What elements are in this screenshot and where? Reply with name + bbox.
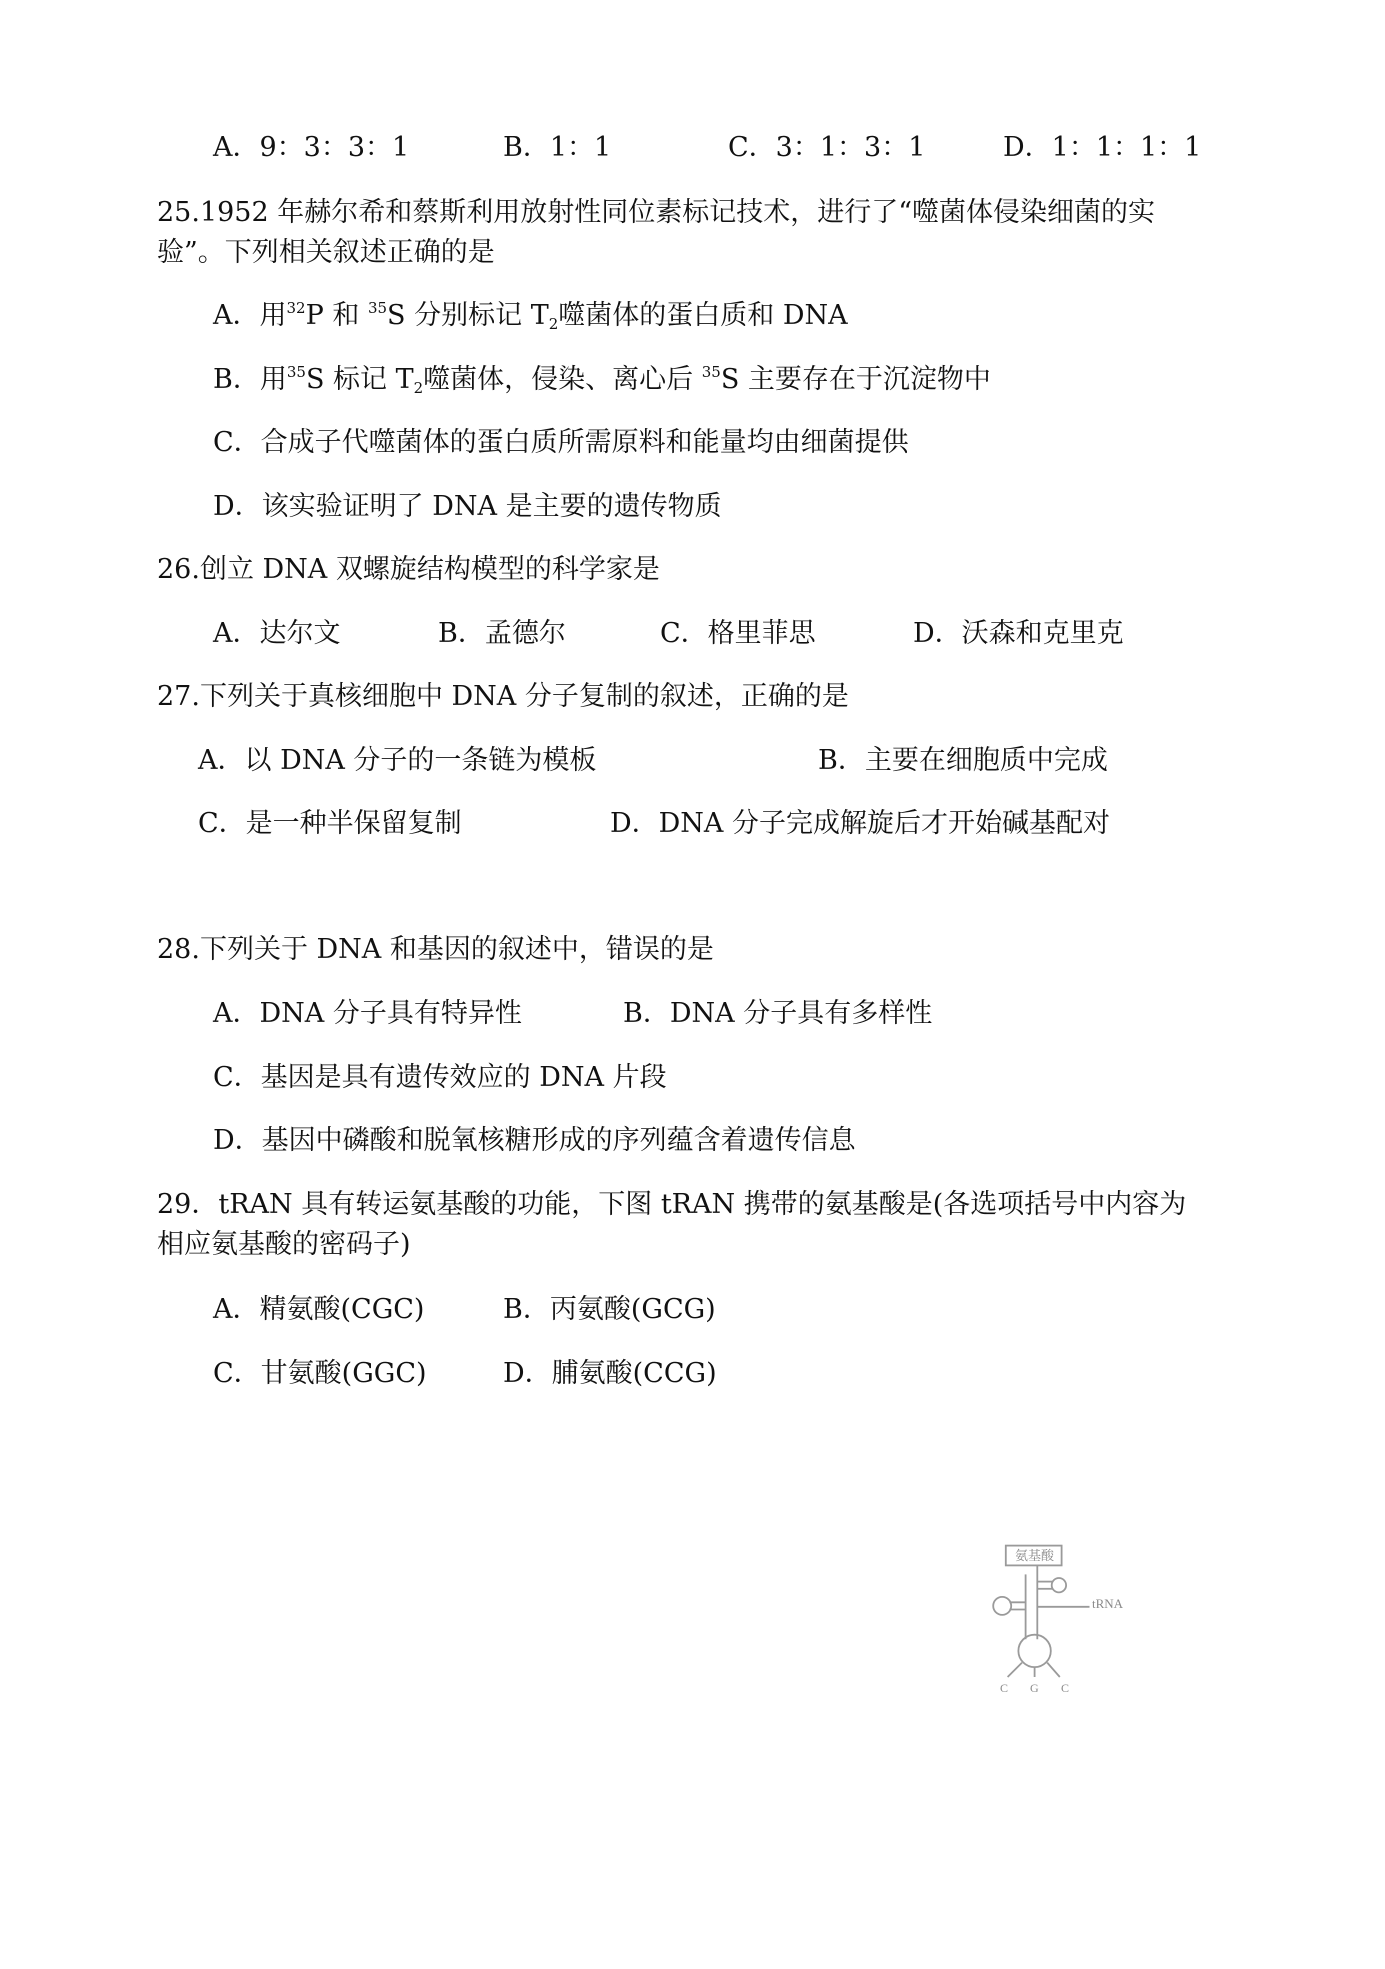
q28-stem: 28.下列关于 DNA 和基因的叙述中，错误的是 xyxy=(157,932,714,968)
q29-option-c: C．甘氨酸(GGC) xyxy=(213,1356,427,1392)
q26-option-a: A．达尔文 xyxy=(213,616,341,652)
q28-option-a: A．DNA 分子具有特异性 xyxy=(213,996,522,1032)
q25-option-b: B．用35S 标记 T2噬菌体，侵染、离心后 35S 主要存在于沉淀物中 xyxy=(213,362,991,398)
q28-option-d: D．基因中磷酸和脱氧核糖形成的序列蕴含着遗传信息 xyxy=(213,1123,856,1159)
trna-label: tRNA xyxy=(1092,1596,1123,1612)
q26-stem: 26.创立 DNA 双螺旋结构模型的科学家是 xyxy=(157,552,660,588)
q27-option-a: A．以 DNA 分子的一条链为模板 xyxy=(198,743,596,779)
q24-option-c: C．3：1：3：1 xyxy=(728,130,925,166)
q26-option-b: B．孟德尔 xyxy=(438,616,566,652)
q27-option-d: D．DNA 分子完成解旋后才开始碱基配对 xyxy=(610,806,1110,842)
anticodon-base-2: G xyxy=(1030,1681,1039,1696)
trna-diagram: 氨基酸 tRNA C G C xyxy=(968,1533,1148,1713)
q25-stem-line1: 25.1952 年赫尔希和蔡斯利用放射性同位素标记技术，进行了“噬菌体侵染细菌的… xyxy=(157,195,1155,231)
q24-option-b: B．1：1 xyxy=(503,130,611,166)
trna-structure-icon xyxy=(968,1533,1148,1713)
q25-option-d: D．该实验证明了 DNA 是主要的遗传物质 xyxy=(213,489,722,525)
q25-stem-line2: 验”。下列相关叙述正确的是 xyxy=(157,235,495,271)
q28-option-c: C．基因是具有遗传效应的 DNA 片段 xyxy=(213,1060,667,1096)
q29-stem-line1: 29．tRAN 具有转运氨基酸的功能，下图 tRAN 携带的氨基酸是(各选项括号… xyxy=(157,1187,1186,1223)
q26-option-c: C．格里菲思 xyxy=(660,616,816,652)
q25-option-c: C．合成子代噬菌体的蛋白质所需原料和能量均由细菌提供 xyxy=(213,425,909,461)
q24-option-d: D．1：1：1：1 xyxy=(1003,130,1201,166)
q27-option-b: B．主要在细胞质中完成 xyxy=(818,743,1108,779)
q29-stem-line2: 相应氨基酸的密码子) xyxy=(157,1227,411,1263)
q28-option-b: B．DNA 分子具有多样性 xyxy=(623,996,932,1032)
q26-option-d: D．沃森和克里克 xyxy=(913,616,1124,652)
q29-option-b: B．丙氨酸(GCG) xyxy=(503,1292,716,1328)
q25-option-a: A．用32P 和 35S 分别标记 T2噬菌体的蛋白质和 DNA xyxy=(213,298,848,334)
amino-acid-box-label: 氨基酸 xyxy=(1015,1545,1054,1564)
q27-stem: 27.下列关于真核细胞中 DNA 分子复制的叙述，正确的是 xyxy=(157,679,849,715)
anticodon-base-3: C xyxy=(1061,1681,1069,1696)
q29-option-d: D．脯氨酸(CCG) xyxy=(503,1356,717,1392)
q29-option-a: A．精氨酸(CGC) xyxy=(213,1292,424,1328)
q24-option-a: A．9：3：3：1 xyxy=(213,130,409,166)
q27-option-c: C．是一种半保留复制 xyxy=(198,806,462,842)
anticodon-base-1: C xyxy=(1000,1681,1008,1696)
